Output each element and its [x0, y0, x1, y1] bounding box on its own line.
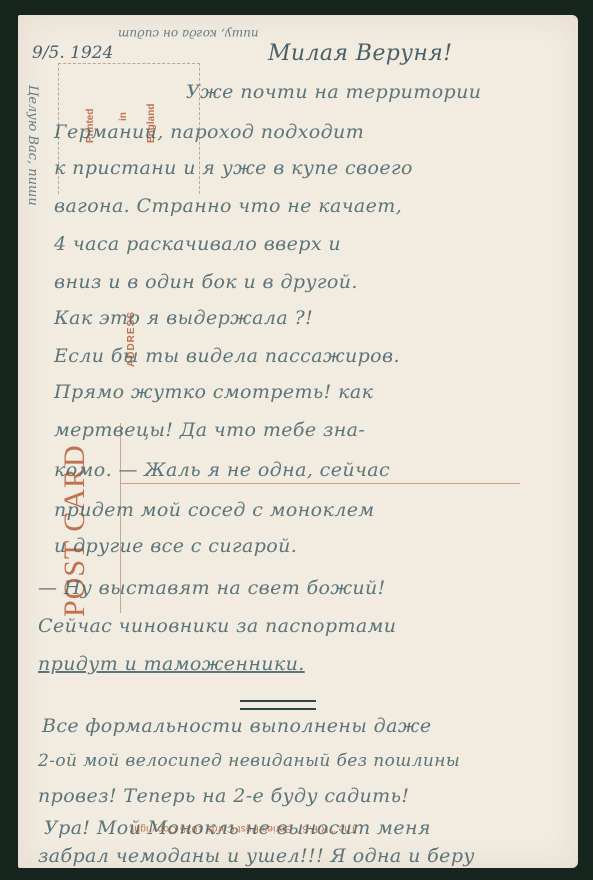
- handwritten-line: забрал чемоданы и ушел!!! Я одна и беру: [38, 845, 475, 867]
- handwritten-line: Сейчас чиновники за паспортами: [38, 615, 396, 637]
- handwritten-line: мертвецы! Да что тебе зна-: [54, 419, 365, 441]
- in-label: in: [118, 112, 129, 121]
- separator-rule: [240, 700, 316, 702]
- handwritten-date: 9/5. 1924: [32, 43, 113, 63]
- handwritten-line: Германии, пароход подходит: [54, 121, 364, 143]
- postcard-back: Printed in England POST CARD ADDRESS The…: [18, 15, 578, 868]
- handwritten-top-note: пишу, когда он сидит: [118, 27, 259, 41]
- handwritten-greeting: Милая Веруня!: [268, 41, 453, 66]
- separator-rule: [240, 708, 316, 710]
- handwritten-line: Если бы ты видела пассажиров.: [54, 345, 400, 367]
- handwritten-line: Все формальности выполнены даже: [42, 715, 431, 737]
- handwritten-line: придет мой сосед с моноклем: [54, 499, 375, 521]
- handwritten-line: Ура! Мой Монокль не выносит меня: [44, 817, 431, 839]
- handwritten-line: Как это я выдержала ?!: [54, 307, 313, 329]
- handwritten-line: комо. — Жаль я не одна, сейчас: [54, 459, 390, 481]
- handwritten-line: провез! Теперь на 2-е буду садить!: [38, 785, 409, 807]
- handwritten-line: — Ну выставят на свет божий!: [38, 577, 386, 599]
- handwritten-line: придут и таможенники.: [38, 653, 305, 675]
- handwritten-line: вагона. Странно что не качает,: [54, 195, 402, 217]
- handwritten-line: вниз и в один бок и в другой.: [54, 271, 358, 293]
- handwritten-line: и другие все с сигарой.: [54, 535, 297, 557]
- handwritten-side-note: Целую Вас, пиши: [25, 85, 40, 206]
- address-line: [120, 483, 520, 484]
- handwritten-line: 4 часа раскачивало вверх и: [54, 233, 341, 255]
- handwritten-line: Уже почти на территории: [186, 81, 481, 103]
- handwritten-line: 2-ой мой велосипед невиданый без пошлины: [38, 751, 460, 771]
- handwritten-line: Прямо жутко смотреть! как: [54, 381, 373, 403]
- handwritten-line: к пристани и я уже в купе своего: [54, 157, 413, 179]
